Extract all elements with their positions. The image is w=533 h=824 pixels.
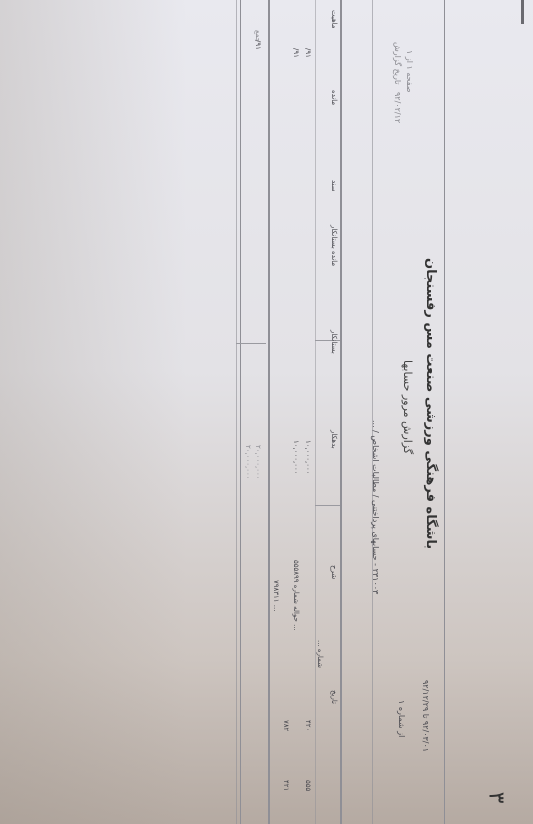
pen-mark <box>521 0 524 24</box>
row-number: ۵۵۵ <box>304 780 312 791</box>
report-date: ۹۲/۰۲/۱۲ <box>393 92 402 123</box>
row-credit: ۱۰,۰۰۰,۰۰۰ <box>292 440 300 475</box>
row-nature: ۹۱/ <box>292 48 300 58</box>
handwritten-page-mark: ۳ <box>483 792 508 804</box>
column-header: بستانکار <box>330 330 338 354</box>
column-header: شرح <box>330 565 338 579</box>
row-description: ... ۷۹۸۳۱۱ <box>272 580 280 611</box>
column-header: مانده <box>330 90 338 105</box>
cell-divider <box>315 505 340 506</box>
column-header: ماهیت <box>330 10 338 29</box>
row-amount: ۷۸۲ <box>282 720 290 731</box>
total-balance: ۲۰,۰۰۰,۰۰۰ <box>244 445 252 480</box>
column-header: تاریخ <box>330 690 338 704</box>
footer-label: جمع <box>254 30 262 42</box>
column-header: سند <box>330 180 338 192</box>
table-row-rule <box>268 0 270 824</box>
total-balance: ۲۰,۰۰۰,۰۰۰ <box>254 445 262 480</box>
table-border-top <box>340 0 342 824</box>
cell-divider <box>236 343 266 344</box>
row-amount: ۴۲۰ <box>304 720 312 731</box>
row-nature: ۹۱/ <box>304 48 312 58</box>
row-description: ... حواله شماره ۵۵۵۸۹۹ <box>292 560 300 631</box>
column-header: بدهکار <box>330 430 338 449</box>
organization-name: باشگاه فرهنگی ورزشی صنعت مس رفسنجان <box>423 258 438 549</box>
account-path: ۲۳۱۰۰۳ - حسابهای پرداختنی / مطالبات اشخا… <box>371 420 380 594</box>
issue-number: از شماره ۱ <box>397 700 406 737</box>
row-description: شماره ... <box>316 640 324 668</box>
date-range: ۹۲/۰۳/۰۱ تا ۹۲/۱۲/۲۹ <box>421 680 430 752</box>
report-date-label: تاریخ گزارش <box>393 42 402 85</box>
header-border <box>444 0 445 824</box>
page-number: صفحه ۱ از ۱ <box>405 50 414 93</box>
row-credit: ۱۰,۰۰۰,۰۰۰ <box>304 440 312 475</box>
photo-shading <box>0 0 533 824</box>
row-number: ۴۲۱ <box>282 780 290 791</box>
report-title: گزارش مرور حسابها <box>401 360 414 454</box>
table-row-rule <box>240 0 241 824</box>
table-row-rule <box>236 0 237 824</box>
table-row-rule <box>315 0 316 824</box>
filter-border <box>372 0 373 824</box>
column-header: مانده بستانکار <box>330 225 338 266</box>
